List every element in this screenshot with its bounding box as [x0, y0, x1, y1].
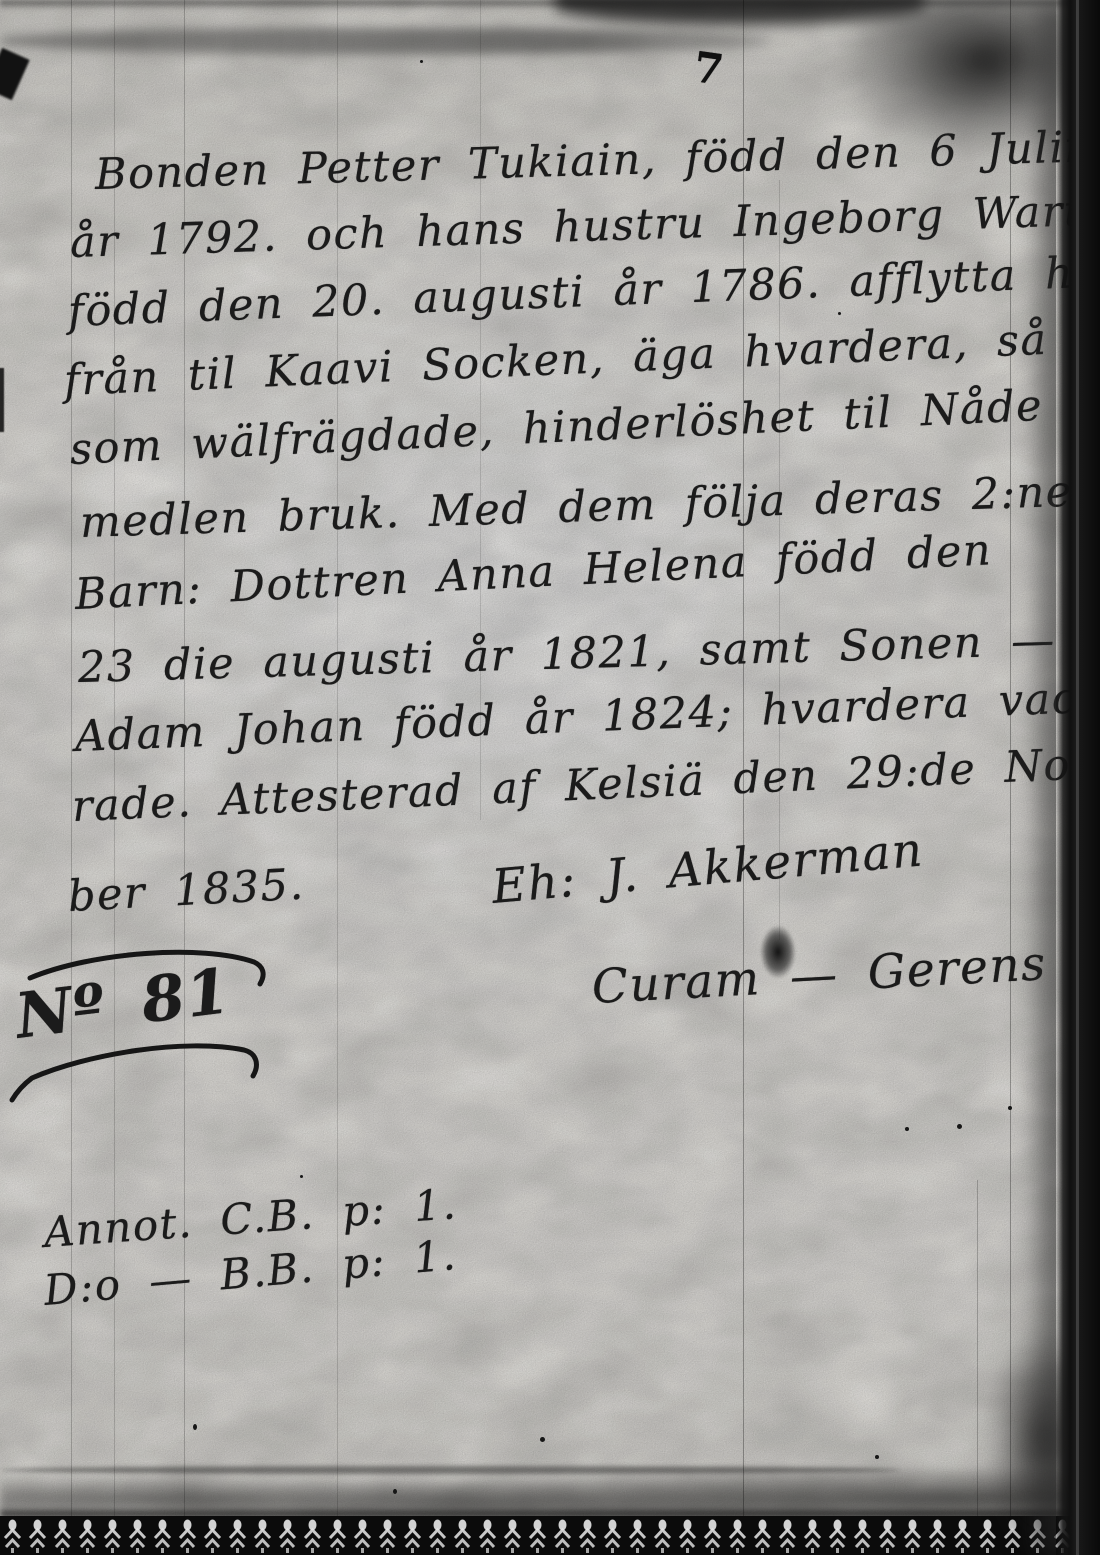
scan-streak — [977, 1180, 978, 1555]
paper-speck — [905, 1127, 909, 1131]
left-edge-tick — [0, 368, 4, 432]
paper-speck — [300, 1175, 303, 1178]
paper-speck — [540, 1437, 545, 1442]
ink-blot — [760, 925, 796, 979]
paper-speck — [957, 1124, 962, 1129]
paper-speck — [393, 1489, 397, 1494]
paper-speck — [420, 60, 423, 63]
paper-speck — [838, 312, 841, 315]
top-smudge-band — [0, 28, 770, 54]
scanned-document-page: 7 Bonden Petter Tukiain, född den 6 Juli… — [0, 0, 1100, 1555]
paper-speck — [193, 1424, 197, 1430]
bottom-smudge-line — [0, 1466, 900, 1474]
paper-speck — [875, 1455, 879, 1459]
binding-edge-band — [1056, 0, 1100, 1555]
film-edge-strip — [0, 1516, 1100, 1555]
paper-speck — [1008, 1106, 1012, 1110]
